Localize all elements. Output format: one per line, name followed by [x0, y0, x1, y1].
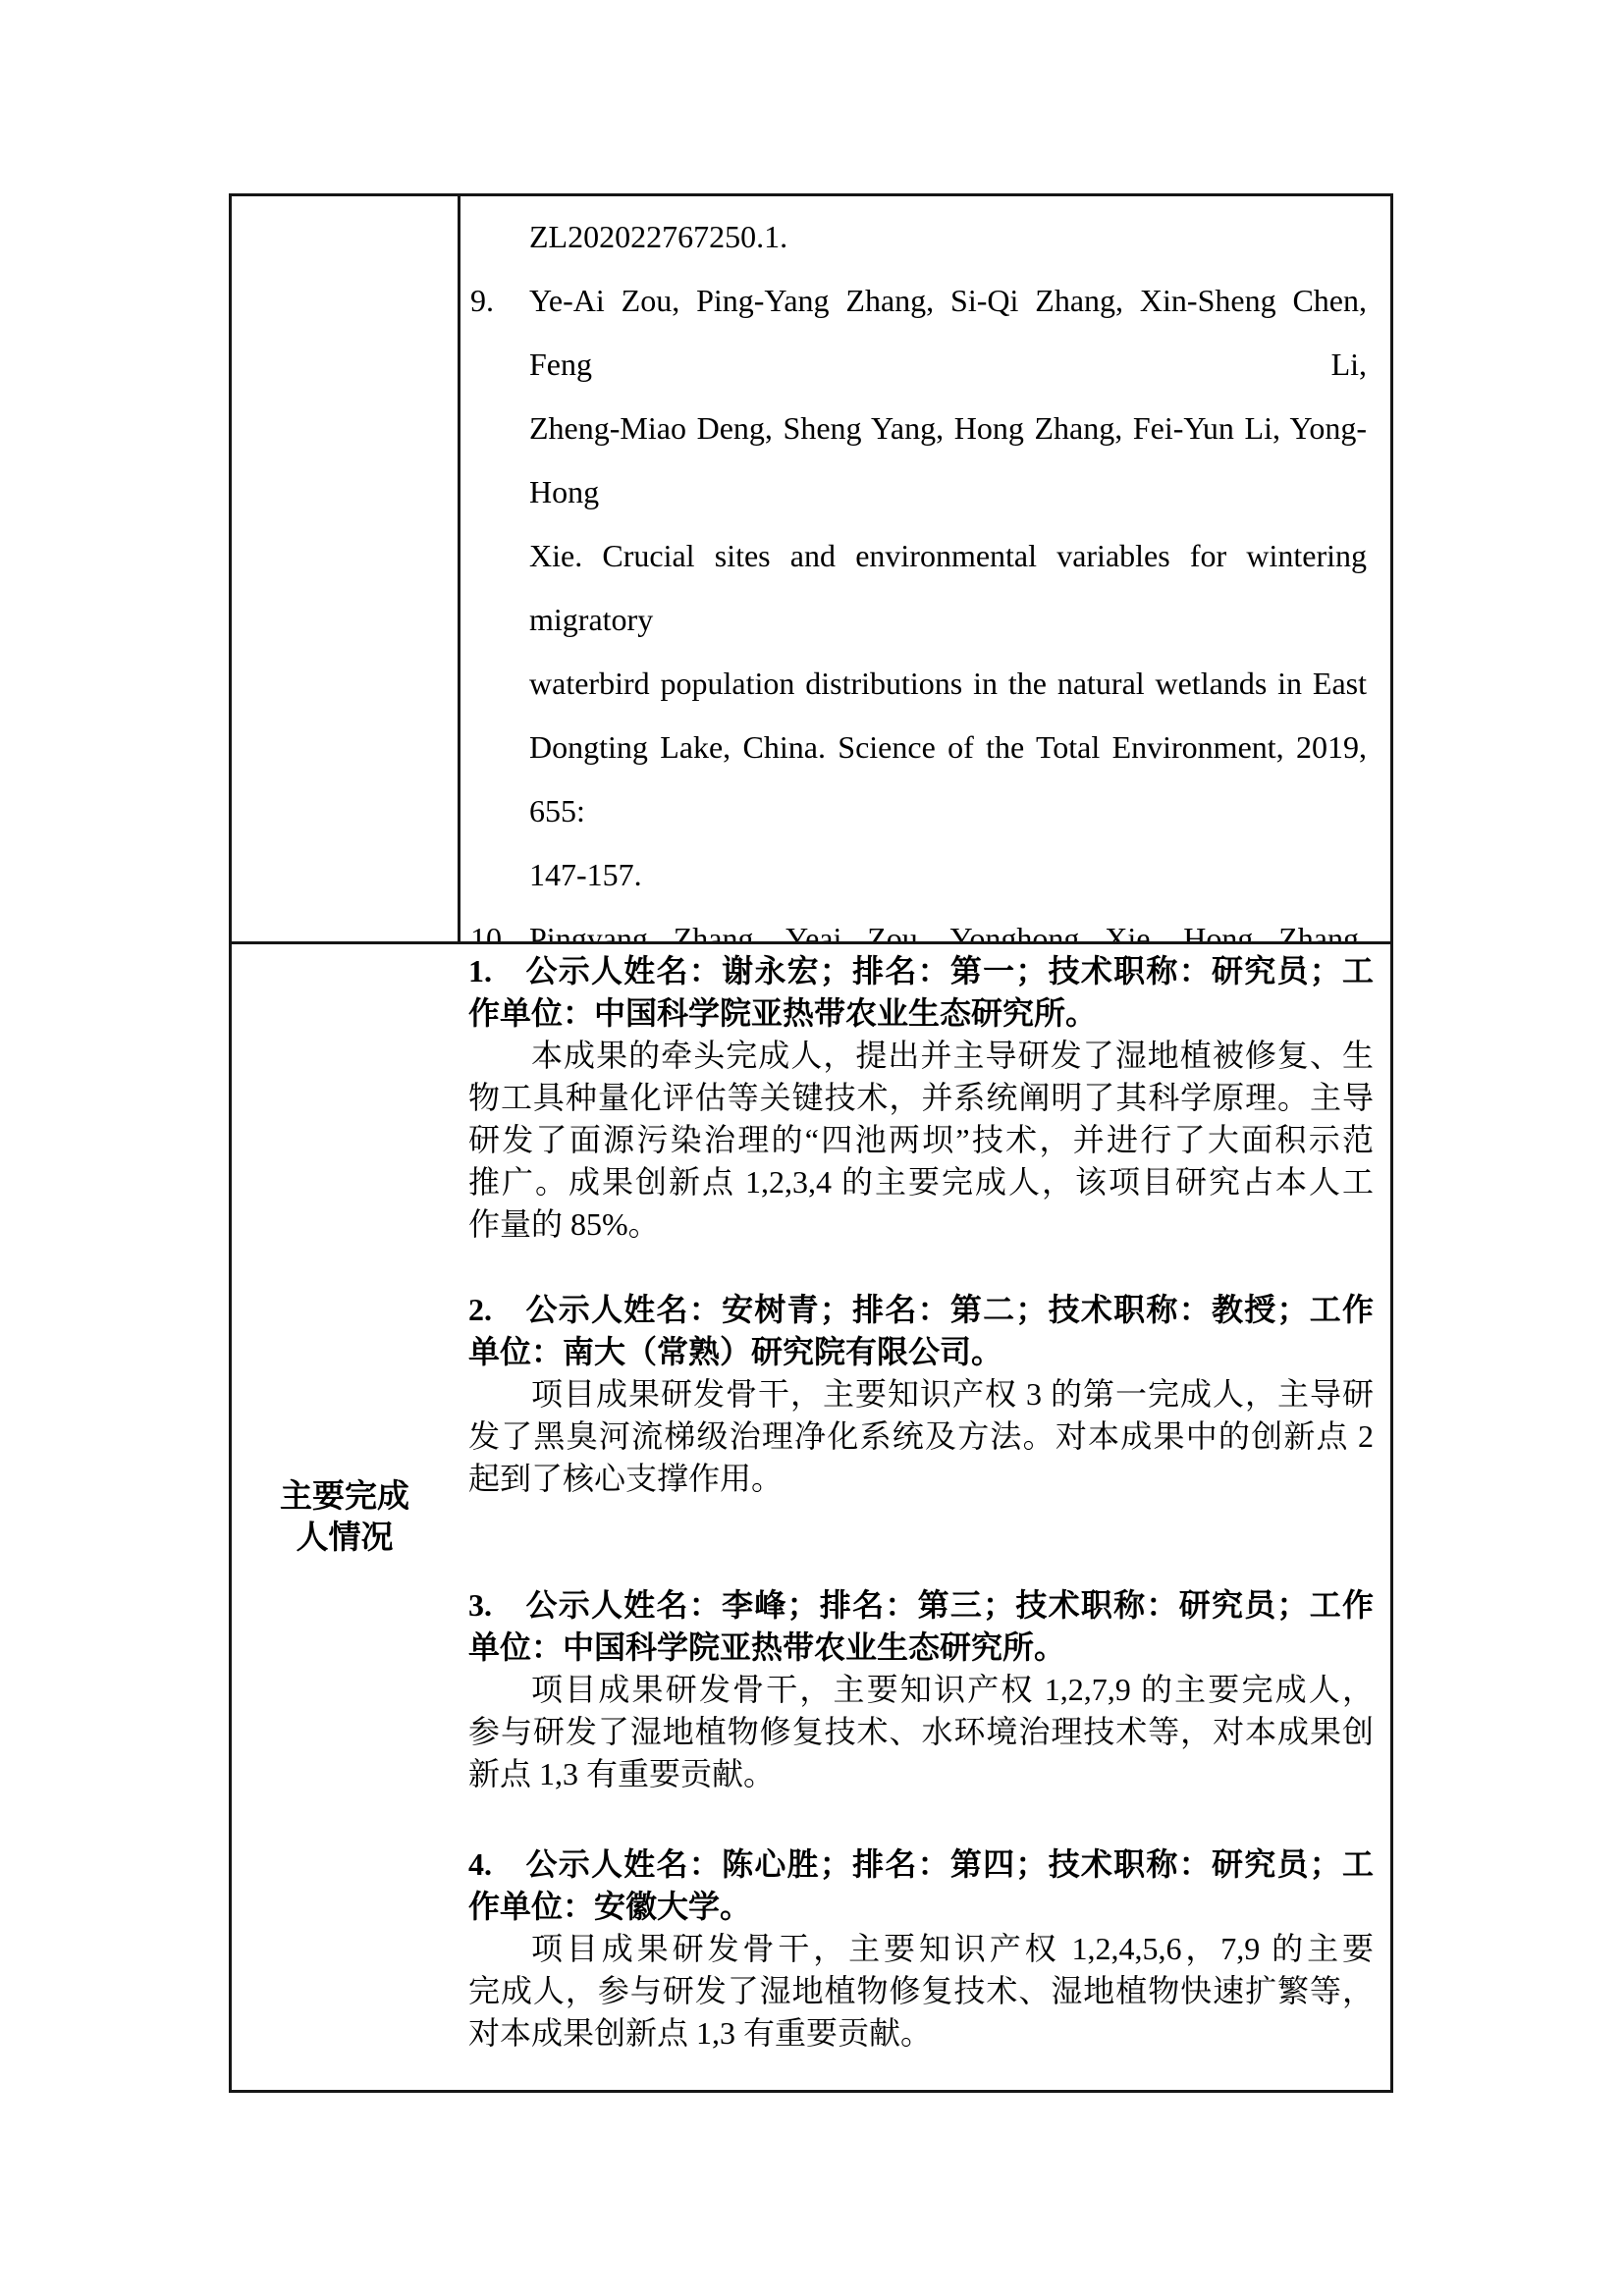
- reference-number: 10.: [470, 907, 510, 941]
- person-body-line: 研发了面源污染治理的“四池两坝”技术，并进行了大面积示范: [468, 1119, 1374, 1161]
- reference-line: Ye-Ai Zou, Ping-Yang Zhang, Si-Qi Zhang,…: [529, 269, 1367, 397]
- person-body-line: 本成果的牵头完成人，提出并主导研发了湿地植被修复、生: [468, 1035, 1374, 1077]
- person-block-4: 4. 公示人姓名：陈心胜；排名：第四；技术职称：研究员；工 作单位：安徽大学。 …: [468, 1843, 1374, 2055]
- person-body-line: 参与研发了湿地植物修复技术、水环境治理技术等，对本成果创: [468, 1711, 1374, 1753]
- form-table: ZL202022767250.1. 9. Ye-Ai Zou, Ping-Yan…: [229, 193, 1393, 2093]
- person-heading-line: 2. 公示人姓名：安树青；排名：第二；技术职称：教授；工作: [468, 1289, 1374, 1331]
- person-block-1: 1. 公示人姓名：谢永宏；排名：第一；技术职称：研究员；工 作单位：中国科学院亚…: [468, 950, 1374, 1246]
- person-body-line: 项目成果研发骨干，主要知识产权 1,2,4,5,6，7,9 的主要: [468, 1928, 1374, 1970]
- reference-line: 147-157.: [529, 843, 1367, 907]
- row-label-line: 主要完成: [280, 1476, 409, 1518]
- person-heading-line: 3. 公示人姓名：李峰；排名：第三；技术职称：研究员；工作: [468, 1584, 1374, 1627]
- person-body-line: 起到了核心支撑作用。: [468, 1458, 1374, 1500]
- reference-line: Zheng-Miao Deng, Sheng Yang, Hong Zhang,…: [529, 397, 1367, 524]
- person-block-2: 2. 公示人姓名：安树青；排名：第二；技术职称：教授；工作 单位：南大（常熟）研…: [468, 1289, 1374, 1500]
- person-body-line: 新点 1,3 有重要贡献。: [468, 1753, 1374, 1795]
- person-heading-line: 单位：中国科学院亚热带农业生态研究所。: [468, 1627, 1374, 1669]
- reference-number: 9.: [470, 269, 494, 333]
- person-body-line: 对本成果创新点 1,3 有重要贡献。: [468, 2012, 1374, 2055]
- person-heading-line: 作单位：安徽大学。: [468, 1886, 1374, 1928]
- empty-label-cell: [232, 196, 458, 941]
- person-body-line: 作量的 85%。: [468, 1203, 1374, 1246]
- reference-line: Pingyang Zhang, Yeai Zou, Yonghong Xie, …: [529, 907, 1367, 941]
- person-body-line: 项目成果研发骨干，主要知识产权 3 的第一完成人，主导研: [468, 1373, 1374, 1415]
- person-block-3: 3. 公示人姓名：李峰；排名：第三；技术职称：研究员；工作 单位：中国科学院亚热…: [468, 1584, 1374, 1795]
- person-body-line: 项目成果研发骨干，主要知识产权 1,2,7,9 的主要完成人，: [468, 1669, 1374, 1711]
- person-heading-line: 4. 公示人姓名：陈心胜；排名：第四；技术职称：研究员；工: [468, 1843, 1374, 1886]
- person-heading-line: 单位：南大（常熟）研究院有限公司。: [468, 1331, 1374, 1373]
- person-body-line: 完成人，参与研发了湿地植物修复技术、湿地植物快速扩繁等，: [468, 1970, 1374, 2012]
- reference-line: waterbird population distributions in th…: [529, 652, 1367, 716]
- row-label-line: 人情况: [297, 1518, 394, 1559]
- reference-line: Xie. Crucial sites and environmental var…: [529, 524, 1367, 652]
- person-body-line: 推广。成果创新点 1,2,3,4 的主要完成人，该项目研究占本人工: [468, 1161, 1374, 1203]
- reference-item-9: 9. Ye-Ai Zou, Ping-Yang Zhang, Si-Qi Zha…: [470, 269, 1367, 907]
- person-body-line: 发了黑臭河流梯级治理净化系统及方法。对本成果中的创新点 2: [468, 1415, 1374, 1458]
- reference-continuation-line: ZL202022767250.1.: [470, 205, 1367, 269]
- person-heading-line: 作单位：中国科学院亚热带农业生态研究所。: [468, 992, 1374, 1035]
- person-body-line: 物工具种量化评估等关键技术，并系统阐明了其科学原理。主导: [468, 1077, 1374, 1119]
- reference-line: Dongting Lake, China. Science of the Tot…: [529, 716, 1367, 843]
- row-label-main-contributors: 主要完成 人情况: [232, 941, 458, 2090]
- publications-cell: ZL202022767250.1. 9. Ye-Ai Zou, Ping-Yan…: [458, 196, 1390, 941]
- main-contributors-cell: 1. 公示人姓名：谢永宏；排名：第一；技术职称：研究员；工 作单位：中国科学院亚…: [458, 941, 1390, 2090]
- reference-item-10: 10. Pingyang Zhang, Yeai Zou, Yonghong X…: [470, 907, 1367, 941]
- person-heading-line: 1. 公示人姓名：谢永宏；排名：第一；技术职称：研究员；工: [468, 950, 1374, 992]
